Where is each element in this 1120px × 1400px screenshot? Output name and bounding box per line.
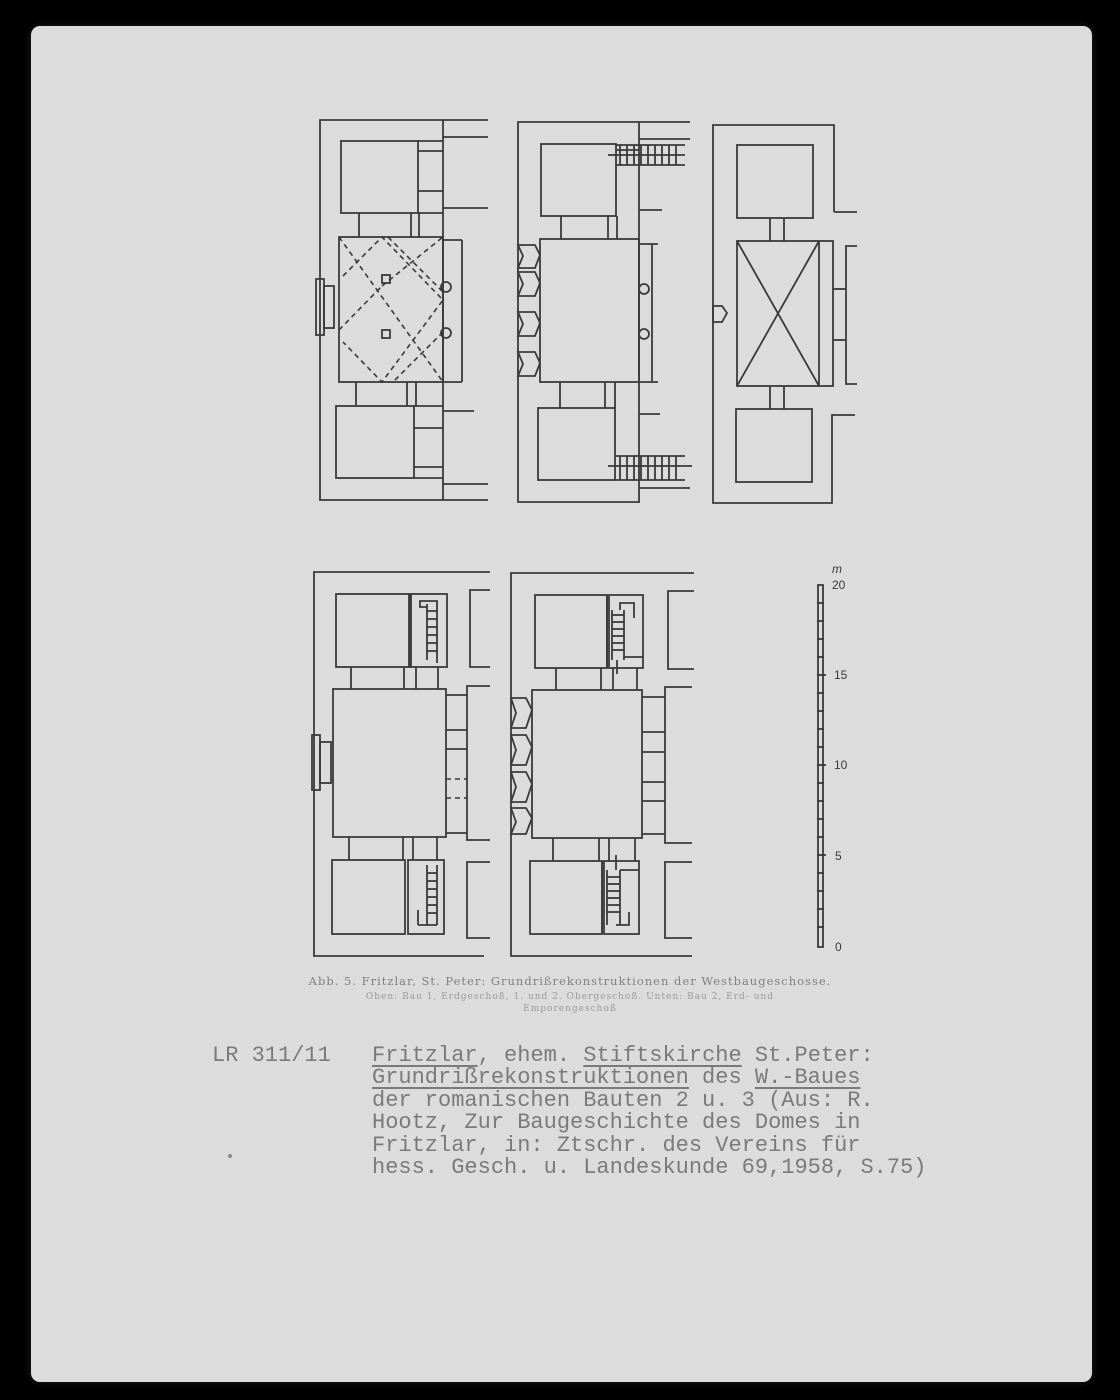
plan-bau2-erdgeschoss xyxy=(312,572,490,956)
catalog-text: Hootz, Zur Baugeschichte des Domes in xyxy=(372,1110,860,1135)
scale-tick-5: 5 xyxy=(835,849,842,863)
scale-tick-10: 10 xyxy=(834,758,847,772)
plan-bau1-obergeschoss-2 xyxy=(713,125,857,503)
scale-tick-0: 0 xyxy=(835,940,842,954)
catalog-text: des xyxy=(689,1065,755,1090)
catalog-text: der romanischen Bauten 2 u. 3 (Aus: R. xyxy=(372,1088,874,1113)
catalog-line: hess. Gesch. u. Landeskunde 69,1958, S.7… xyxy=(372,1157,927,1179)
scale-tick-20: 20 xyxy=(832,578,845,592)
catalog-line: Fritzlar, in: Ztschr. des Vereins für xyxy=(372,1135,927,1157)
underlined-term: Grundrißrekonstruktionen xyxy=(372,1065,689,1090)
plan-bau1-erdgeschoss xyxy=(316,120,488,500)
catalog-line: Hootz, Zur Baugeschichte des Domes in xyxy=(372,1112,927,1134)
floor-plans-drawing xyxy=(0,0,1120,1000)
catalog-line: der romanischen Bauten 2 u. 3 (Aus: R. xyxy=(372,1090,927,1112)
catalog-description: Fritzlar, ehem. Stiftskirche St.Peter:Gr… xyxy=(372,1045,927,1179)
stair-bottom xyxy=(620,456,676,480)
figure-subcaption: Oben: Bau 1, Erdgeschoß, 1. und 2. Oberg… xyxy=(255,991,885,1015)
catalog-id: LR 311/11 xyxy=(212,1045,331,1067)
underlined-term: Fritzlar xyxy=(372,1043,478,1068)
scale-unit: m xyxy=(832,562,842,576)
catalog-text: St.Peter: xyxy=(742,1043,874,1068)
scale-bar xyxy=(817,585,826,947)
figure-caption: Abb. 5. Fritzlar, St. Peter: Grundrißrek… xyxy=(255,974,885,988)
catalog-line: Fritzlar, ehem. Stiftskirche St.Peter: xyxy=(372,1045,927,1067)
underlined-term: Stiftskirche xyxy=(583,1043,741,1068)
catalog-text: hess. Gesch. u. Landeskunde 69,1958, S.7… xyxy=(372,1155,927,1180)
underlined-term: W.-Baues xyxy=(755,1065,861,1090)
figure-subcaption-line2: Emporengeschoß xyxy=(255,1003,885,1015)
figure-subcaption-line1: Oben: Bau 1, Erdgeschoß, 1. und 2. Oberg… xyxy=(255,991,885,1003)
catalog-text: Fritzlar, in: Ztschr. des Vereins für xyxy=(372,1133,860,1158)
margin-dot xyxy=(228,1154,232,1158)
catalog-line: Grundrißrekonstruktionen des W.-Baues xyxy=(372,1067,927,1089)
plan-bau1-obergeschoss-1 xyxy=(518,122,692,502)
plan-bau2-emporengeschoss xyxy=(511,573,694,956)
catalog-text: , ehem. xyxy=(478,1043,584,1068)
scale-tick-15: 15 xyxy=(834,668,847,682)
